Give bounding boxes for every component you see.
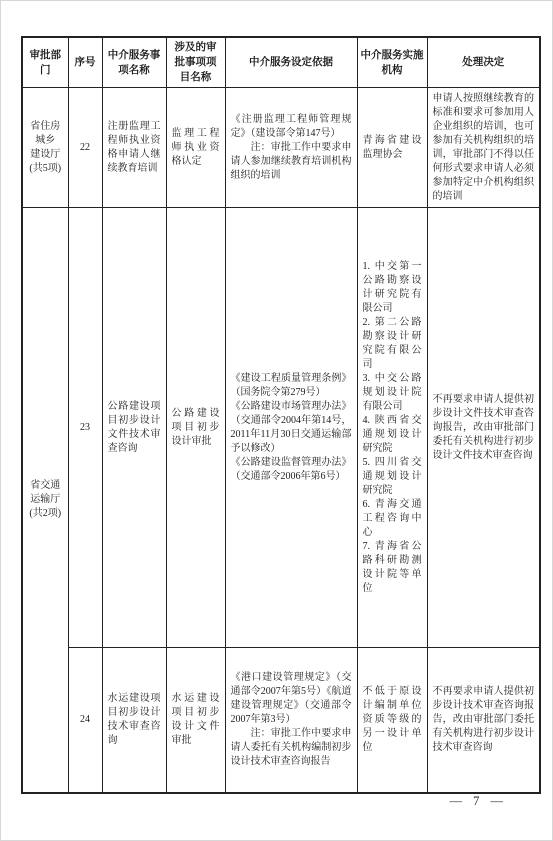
- page-number: — 7 —: [450, 794, 508, 809]
- header-service-name: 中介服务事项名称: [102, 37, 166, 88]
- seq-cell: 22: [68, 88, 102, 208]
- approval-item-cell: 公路建设项目初步设计审批: [166, 208, 225, 648]
- basis-paragraph: 《港口建设管理规定》（交通部令2007年第5号）《航道建设管理规定》（交通部令2…: [231, 671, 352, 727]
- basis-paragraph: 《公路建设监督管理办法》（交通部令2006年第6号）: [231, 456, 352, 484]
- header-processing-decision: 处理决定: [427, 37, 540, 88]
- basis-note-paragraph: 注：审批工作中要求申请人委托有关机构编制初步设计技术审查咨询报告: [231, 727, 352, 769]
- basis-paragraph: 《注册监理工程师管理规定》（建设部令第147号）: [231, 113, 352, 141]
- approval-item-cell: 监理工程师执业资格认定: [166, 88, 225, 208]
- service-name-cell: 公路建设项目初步设计文件技术审查咨询: [102, 208, 166, 648]
- table-row: 省交通 运输厅 (共2项) 23 公路建设项目初步设计文件技术审查咨询 公路建设…: [22, 208, 540, 648]
- table-header-row: 审批部门 序号 中介服务事项名称 涉及的审批事项项目名称 中介服务设定依据 中介…: [22, 37, 540, 88]
- intermediary-services-table: 审批部门 序号 中介服务事项名称 涉及的审批事项项目名称 中介服务设定依据 中介…: [21, 36, 541, 794]
- agency-list-item: 4. 陕西省交通规划设计研究院: [363, 414, 422, 456]
- header-approval-department: 审批部门: [22, 37, 68, 88]
- header-seq-number: 序号: [68, 37, 102, 88]
- decision-cell: 不再要求申请人提供初步设计技术审查咨询报告，改由审批部门委托有关机构进行初步设计…: [427, 648, 540, 793]
- seq-cell: 24: [68, 648, 102, 793]
- agency-list-item: 5. 四川省交通规划设计研究院: [363, 456, 422, 498]
- header-implementing-agency: 中介服务实施机构: [357, 37, 427, 88]
- decision-cell: 申请人按照继续教育的标准和要求可参加用人企业组织的培训，也可参加有关机构组织的培…: [427, 88, 540, 208]
- basis-note-paragraph: 注：审批工作中要求申请人参加继续教育培训机构组织的培训: [231, 141, 352, 183]
- decision-cell: 不再要求申请人提供初步设计文件技术审查咨询报告，改由审批部门委托有关机构进行初步…: [427, 208, 540, 648]
- basis-paragraph: 《公路建设市场管理办法》（交通部令2004年第14号，2011年11月30日交通…: [231, 400, 352, 456]
- basis-cell: 《建设工程质量管理条例》（国务院令第279号） 《公路建设市场管理办法》（交通部…: [225, 208, 357, 648]
- department-cell: 省交通 运输厅 (共2项): [22, 208, 68, 793]
- basis-cell: 《注册监理工程师管理规定》（建设部令第147号） 注：审批工作中要求申请人参加继…: [225, 88, 357, 208]
- agency-list-item: 1. 中交第一公路勘察设计研究院有限公司: [363, 260, 422, 316]
- agency-cell: 青海省建设监理协会: [357, 88, 427, 208]
- agency-list-item: 6. 青海交通工程咨询中心: [363, 498, 422, 540]
- header-setting-basis: 中介服务设定依据: [225, 37, 357, 88]
- department-cell: 省住房 城乡 建设厅 (共5项): [22, 88, 68, 208]
- agency-list-item: 2. 第二公路勘察设计研究院有限公司: [363, 316, 422, 372]
- service-name-cell: 水运建设项目初步设计技术审查咨询: [102, 648, 166, 793]
- seq-cell: 23: [68, 208, 102, 648]
- basis-cell: 《港口建设管理规定》（交通部令2007年第5号）《航道建设管理规定》（交通部令2…: [225, 648, 357, 793]
- agency-list-item: 3. 中交公路规划设计院有限公司: [363, 372, 422, 414]
- approval-item-cell: 水运建设项目初步设计文件审批: [166, 648, 225, 793]
- document-page: 审批部门 序号 中介服务事项名称 涉及的审批事项项目名称 中介服务设定依据 中介…: [0, 0, 553, 841]
- table-row: 省住房 城乡 建设厅 (共5项) 22 注册监理工程师执业资格申请人继续教育培训…: [22, 88, 540, 208]
- header-approval-item-name: 涉及的审批事项项目名称: [166, 37, 225, 88]
- basis-paragraph: 《建设工程质量管理条例》（国务院令第279号）: [231, 372, 352, 400]
- agency-cell: 1. 中交第一公路勘察设计研究院有限公司 2. 第二公路勘察设计研究院有限公司 …: [357, 208, 427, 648]
- table-row: 24 水运建设项目初步设计技术审查咨询 水运建设项目初步设计文件审批 《港口建设…: [22, 648, 540, 793]
- service-name-cell: 注册监理工程师执业资格申请人继续教育培训: [102, 88, 166, 208]
- agency-cell: 不低于原设计编制单位资质等级的另一设计单位: [357, 648, 427, 793]
- agency-list-item: 7. 青海省公路科研勘测设计院等单位: [363, 540, 422, 596]
